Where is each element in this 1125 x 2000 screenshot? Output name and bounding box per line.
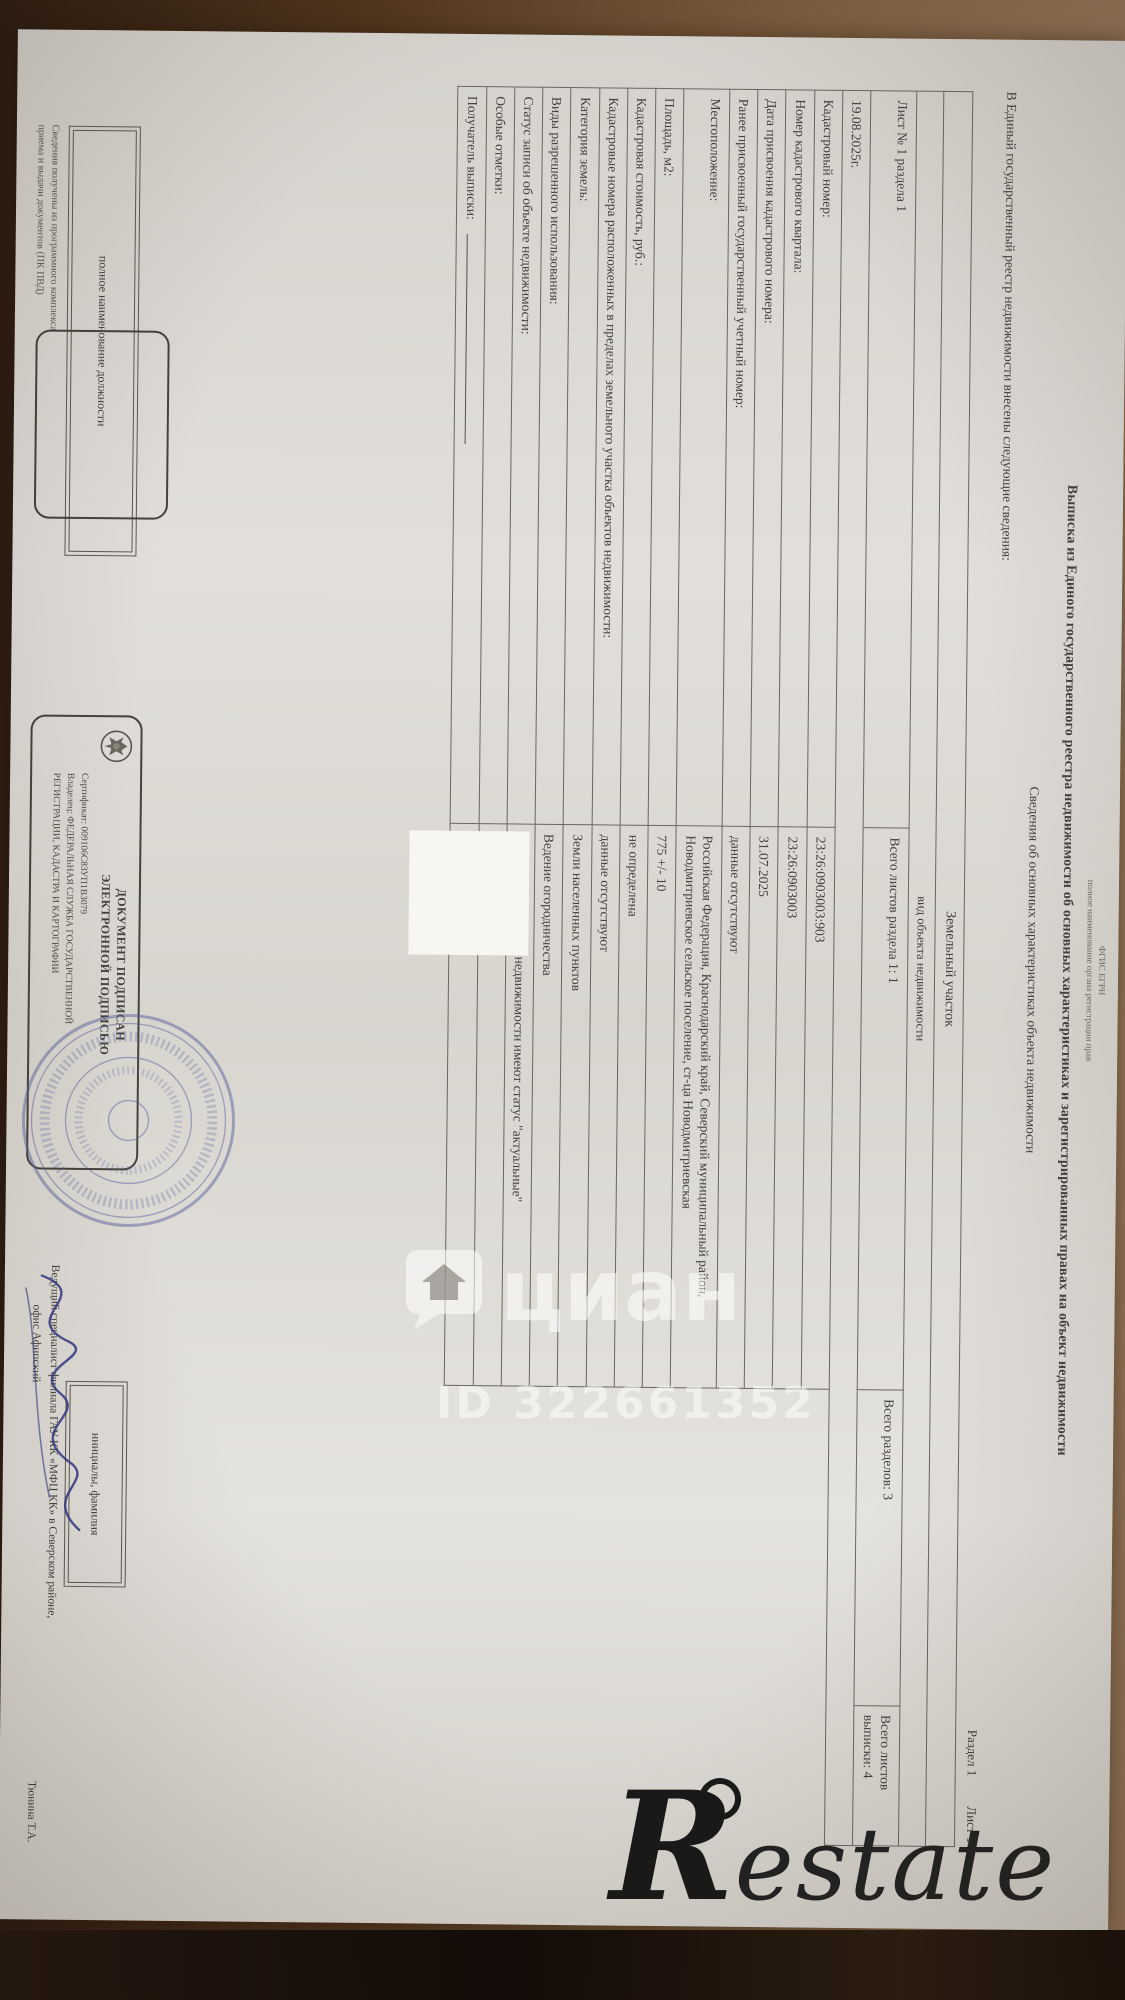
egrn-extract-page: ФГИС ЕГРН полное наименование органа рег…: [0, 29, 1125, 1931]
signer-name: Тюнина Т.А.: [23, 1781, 40, 1843]
row-label-text: Особые отметки:: [492, 96, 508, 194]
row-value-text: Земли населенных пунктов: [569, 834, 586, 991]
row-label-text: Номер кадастрового квартала:: [791, 99, 808, 273]
cian-logo-icon: [404, 1248, 484, 1336]
row-label-text: Дата присвоения кадастрового номера:: [762, 99, 779, 324]
row-label-text: Ранее присвоенный государственный учетны…: [733, 99, 751, 409]
coat-of-arms-icon: [96, 729, 133, 763]
row-value-text: не определена: [626, 835, 642, 917]
sheets-total-cell: Всего листов раздела 1: 1: [858, 828, 909, 1390]
restate-watermark: R estate: [610, 1772, 1056, 1923]
row-label-text: Статус записи об объекте недвижимости:: [519, 97, 536, 335]
cian-watermark: циан: [404, 1248, 741, 1336]
restate-wordmark: estate: [735, 1806, 1057, 1923]
row-value-text: Российская Федерация, Краснодарский край…: [679, 835, 715, 1297]
row-label-text: Площадь, м2:: [662, 98, 678, 177]
row-value: 23:26:0903003:903: [801, 827, 835, 1389]
sections-total-cell: Всего разделов: 3: [854, 1389, 903, 1705]
restate-r-letter: R: [610, 1772, 735, 1922]
row-label-text: Кадастровый номер:: [820, 100, 836, 218]
row-value-text: данные отсутствуют: [728, 836, 744, 954]
pkpvd-note: Сведения получены из программного компле…: [32, 124, 62, 330]
row-label: Местоположение:: [677, 89, 730, 827]
row-label-text: Кадастровые номера расположенных в преде…: [600, 97, 621, 638]
handwritten-signature: [3, 1267, 104, 1538]
sheet-cell: Лист № 1 раздела 1: [863, 91, 916, 829]
row-value: 23:26:0903003: [773, 827, 807, 1389]
row-label-text: Получатель выписки:: [464, 96, 480, 220]
property-table-body: Кадастровый номер:23:26:0903003:903Номер…: [440, 86, 843, 1845]
property-table: Земельный участок вид объекта недвижимос…: [439, 86, 973, 1847]
recipient-blank-line: [464, 234, 478, 444]
row-label-text: Категория земель:: [577, 97, 593, 202]
pkpvd-note-line1: Сведения получены из программного компле…: [46, 125, 62, 331]
signature-stamp-placeholder: [34, 329, 170, 519]
row-label-text: Виды разрешенного использования:: [547, 97, 564, 305]
row-value-text: 31.07.2025: [756, 836, 772, 897]
round-seal-stamp: [16, 1011, 237, 1229]
table-surface-bottom: [0, 1930, 1125, 2000]
redaction-box: [408, 830, 529, 955]
cian-id-watermark: ID 322661352: [436, 1378, 816, 1429]
row-label-text: Местоположение:: [707, 98, 723, 201]
cian-wordmark: циан: [500, 1248, 741, 1334]
row-value-text: 23:26:0903003: [784, 836, 800, 918]
signature-block: полное наименование должности инициалы, …: [0, 29, 213, 1921]
row-label-text: Кадастровая стоимость, руб.:: [633, 98, 650, 266]
row-value-text: Ведение огородничества: [540, 834, 556, 976]
section-label: Раздел 1: [963, 1730, 979, 1777]
row-value-text: 775 +/- 10: [654, 835, 670, 892]
document-subtitle: Сведения об основных характеристиках объ…: [1015, 92, 1049, 1848]
row-value-text: 23:26:0903003:903: [812, 837, 828, 943]
document-photo: ФГИС ЕГРН полное наименование органа рег…: [0, 0, 1125, 2000]
row-value: 31.07.2025: [744, 827, 778, 1389]
row-value-text: данные отсутствуют: [597, 834, 613, 952]
